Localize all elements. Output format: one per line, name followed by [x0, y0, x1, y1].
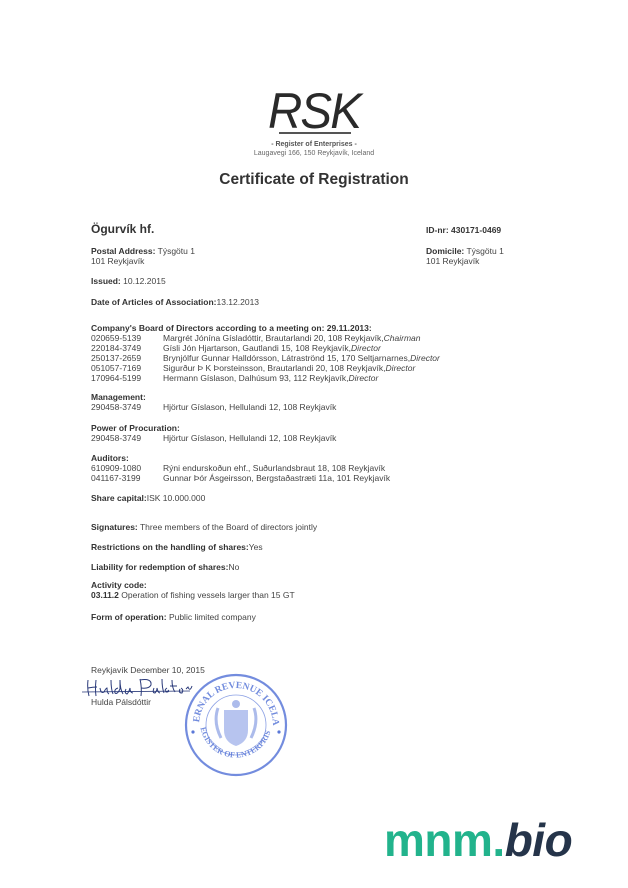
person-id: 290458-3749	[91, 402, 163, 412]
person-role: Chairman	[384, 333, 421, 343]
person-row: 220184-3749Gísli Jón Hjartarson, Gautlan…	[91, 343, 440, 353]
form-value: Public limited company	[169, 612, 256, 622]
management-section: Management: 290458-3749Hjörtur Gíslason,…	[91, 392, 336, 412]
board-section: Company's Board of Directors according t…	[91, 323, 440, 383]
id-label: ID-nr:	[426, 225, 449, 235]
management-heading: Management:	[91, 392, 336, 402]
procuration-section: Power of Procuration: 290458-3749Hjörtur…	[91, 423, 336, 443]
postal-line2: 101 Reykjavík	[91, 256, 195, 266]
company-name: Ögurvík hf.	[91, 222, 154, 236]
postal-label: Postal Address:	[91, 246, 155, 256]
person-details: Gunnar Þór Ásgeirsson, Bergstaðastræti 1…	[163, 473, 390, 483]
person-row: 250137-2659Brynjólfur Gunnar Halldórsson…	[91, 353, 440, 363]
issued-label: Issued:	[91, 276, 121, 286]
activity: Activity code: 03.11.2 Operation of fish…	[91, 580, 295, 600]
person-details: Hermann Gíslason, Dalhúsum 93, 112 Reykj…	[163, 373, 349, 383]
person-role: Director	[349, 373, 379, 383]
domicile-line1: Týsgötu 1	[466, 246, 503, 256]
person-details: Gísli Jón Hjartarson, Gautlandi 15, 108 …	[163, 343, 351, 353]
articles-label: Date of Articles of Association:	[91, 297, 216, 307]
domicile-line2: 101 Reykjavík	[426, 256, 504, 266]
person-details: Hjörtur Gíslason, Hellulandi 12, 108 Rey…	[163, 402, 336, 412]
board-list: 020659-5139Margrét Jónína Gísladóttir, B…	[91, 333, 440, 383]
register-address: Laugavegi 166, 150 Reykjavík, Iceland	[0, 150, 628, 157]
id-number: ID-nr: 430171-0469	[426, 225, 501, 235]
person-details: Hjörtur Gíslason, Hellulandi 12, 108 Rey…	[163, 433, 336, 443]
procuration-heading: Power of Procuration:	[91, 423, 336, 433]
official-stamp: INTERNAL REVENUE ICELAND REGISTER OF ENT…	[183, 672, 289, 778]
logo-underline	[279, 132, 351, 134]
person-details: Sigurður Þ K Þorsteinsson, Brautarlandi …	[163, 363, 386, 373]
auditors-heading: Auditors:	[91, 453, 390, 463]
signatures-label: Signatures:	[91, 522, 138, 532]
activity-value: Operation of fishing vessels larger than…	[121, 590, 294, 600]
form-of-operation: Form of operation: Public limited compan…	[91, 612, 256, 622]
activity-code: 03.11.2	[91, 590, 119, 600]
person-row: 020659-5139Margrét Jónína Gísladóttir, B…	[91, 333, 440, 343]
person-id: 041167-3199	[91, 473, 163, 483]
postal-address: Postal Address: Týsgötu 1 101 Reykjavík	[91, 246, 195, 266]
auditors-section: Auditors: 610909-1080Rýni endurskoðun eh…	[91, 453, 390, 483]
person-details: Margrét Jónína Gísladóttir, Brautarlandi…	[163, 333, 384, 343]
liability-value: No	[228, 562, 239, 572]
activity-label: Activity code:	[91, 580, 295, 590]
person-row: 290458-3749Hjörtur Gíslason, Hellulandi …	[91, 433, 336, 443]
person-id: 290458-3749	[91, 433, 163, 443]
person-role: Director	[386, 363, 416, 373]
auditors-list: 610909-1080Rýni endurskoðun ehf., Suðurl…	[91, 463, 390, 483]
postal-line1: Týsgötu 1	[158, 246, 195, 256]
signatures: Signatures: Three members of the Board o…	[91, 522, 317, 532]
person-row: 170964-5199Hermann Gíslason, Dalhúsum 93…	[91, 373, 440, 383]
restrictions-value: Yes	[249, 542, 263, 552]
person-row: 041167-3199Gunnar Þór Ásgeirsson, Bergst…	[91, 473, 390, 483]
person-row: 051057-7169Sigurður Þ K Þorsteinsson, Br…	[91, 363, 440, 373]
restrictions-label: Restrictions on the handling of shares:	[91, 542, 249, 552]
form-label: Form of operation:	[91, 612, 167, 622]
procuration-list: 290458-3749Hjörtur Gíslason, Hellulandi …	[91, 433, 336, 443]
articles-date: Date of Articles of Association:13.12.20…	[91, 297, 259, 307]
domicile: Domicile: Týsgötu 1 101 Reykjavík	[426, 246, 504, 266]
issued-value: 10.12.2015	[123, 276, 166, 286]
liability: Liability for redemption of shares:No	[91, 562, 239, 572]
management-list: 290458-3749Hjörtur Gíslason, Hellulandi …	[91, 402, 336, 412]
id-value: 430171-0469	[451, 225, 501, 235]
person-details: Brynjólfur Gunnar Halldórsson, Látraströ…	[163, 353, 410, 363]
share-capital-label: Share capital:	[91, 493, 147, 503]
articles-value: 13.12.2013	[216, 297, 259, 307]
board-heading: Company's Board of Directors according t…	[91, 323, 440, 333]
mnm-bio-watermark: mnm.bio	[384, 812, 572, 868]
restrictions: Restrictions on the handling of shares:Y…	[91, 542, 263, 552]
signatory-name: Hulda Pálsdóttir	[91, 697, 151, 707]
person-id: 610909-1080	[91, 463, 163, 473]
person-id: 051057-7169	[91, 363, 163, 373]
person-id: 170964-5199	[91, 373, 163, 383]
watermark-part2: bio	[505, 814, 572, 866]
signatures-value: Three members of the Board of directors …	[140, 522, 317, 532]
share-capital: Share capital:ISK 10.000.000	[91, 493, 205, 503]
domicile-label: Domicile:	[426, 246, 464, 256]
person-row: 290458-3749Hjörtur Gíslason, Hellulandi …	[91, 402, 336, 412]
person-details: Rýni endurskoðun ehf., Suðurlandsbraut 1…	[163, 463, 385, 473]
share-capital-value: ISK 10.000.000	[147, 493, 206, 503]
person-role: Director	[410, 353, 440, 363]
liability-label: Liability for redemption of shares:	[91, 562, 228, 572]
person-id: 250137-2659	[91, 353, 163, 363]
person-role: Director	[351, 343, 381, 353]
issued: Issued: 10.12.2015	[91, 276, 166, 286]
certificate-title: Certificate of Registration	[0, 171, 628, 189]
rsk-logo: RSK	[16, 86, 613, 136]
person-id: 220184-3749	[91, 343, 163, 353]
watermark-part1: mnm.	[384, 814, 505, 866]
register-subtitle: - Register of Enterprises -	[0, 141, 628, 148]
person-row: 610909-1080Rýni endurskoðun ehf., Suðurl…	[91, 463, 390, 473]
person-id: 020659-5139	[91, 333, 163, 343]
